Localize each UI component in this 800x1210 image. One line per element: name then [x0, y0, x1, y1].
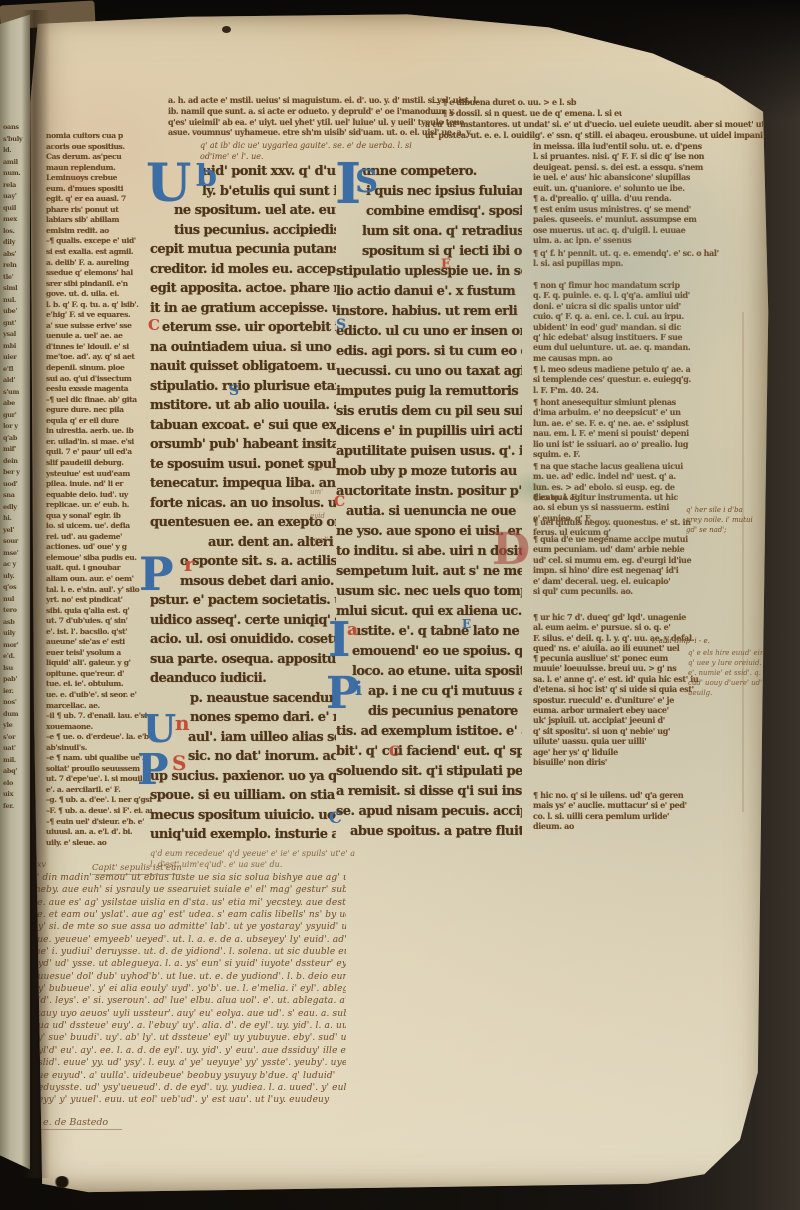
- text-line: mif': [3, 444, 30, 456]
- text-line: age' her ys' q' liduile: [533, 747, 771, 757]
- text-line: uilute' uassu. quia uer uilli': [533, 736, 771, 746]
- text-line: uyl'd' eu'. ay'. ee. l. a. d. de eyl'. u…: [32, 1045, 346, 1057]
- text-line: equla q' er eil dure: [46, 416, 152, 427]
- text-line: meby. aue euh' si ysrauly ue ssearuiet s…: [32, 884, 346, 896]
- text-line: me' i. yudiui' deruysse. ut. d. de yidio…: [32, 946, 346, 958]
- text-line: dein: [3, 456, 30, 468]
- right-gloss-paragraph: ¶ quia d'e ue negename accipe mutuieum p…: [533, 534, 771, 596]
- text-line: –¶ euin uel' d'sieur. e'b. e': [46, 817, 152, 828]
- text-line: e' dam' deceral. ueg. el. euicapio': [533, 576, 771, 586]
- text-line: d'innes ie' ldouil. e' si: [46, 342, 152, 353]
- text-line: ac y: [3, 559, 30, 571]
- text-line: uk' jspiuil. ut. accipiat' jeeuni d': [533, 715, 771, 725]
- text-line: hy' si. de mte so sue assa uo admitte' l…: [32, 921, 346, 933]
- text-line: p. neaustue sacendum est ualae: [190, 689, 336, 709]
- column-1-cursive-note: q'd eum recedeue' q'd yeeue' e' ie' e' s…: [150, 848, 380, 870]
- intercolumn-scribbles: q'd'suaum'eyidseyd': [310, 432, 336, 552]
- text-line: sour: [3, 536, 30, 548]
- text-line: ier.: [3, 686, 30, 698]
- text-line: e'hig' F. si ve equares.: [46, 310, 152, 321]
- text-line: q' e els hire euud' ein dl': [688, 648, 780, 658]
- text-line: uyd' ud' ysse. ut ablegueya. l. a. ys' e…: [32, 958, 346, 970]
- manuscript-page: 107 a. h. ad acte e' mstil. ueius' si ma…: [28, 12, 772, 1198]
- right-gloss-paragraph: ¶ l. meo sdeus madiene petulo q' ae. asi…: [533, 364, 771, 395]
- text-line: ueuilg.: [688, 688, 780, 698]
- right-gloss-paragraph: ¶ hic no. q' si le uilens. ud' q'a geren…: [533, 790, 771, 832]
- text-line: egure dure. nec pila: [46, 405, 152, 416]
- text-line: ie uel. e' aus' hic abansicone' siupilla…: [533, 172, 771, 182]
- text-line: nul: [3, 594, 30, 606]
- text-line: depenil. sinum. ploe: [46, 363, 152, 374]
- text-line: rela: [3, 180, 30, 192]
- right-gloss-paragraph: ¶ q' f. h' pennit. ut. q. e. emendq'. e'…: [533, 248, 771, 269]
- text-line: uod': [3, 479, 30, 491]
- text-line: eum dul uelunture. ut. ae. q. mandan.: [533, 342, 771, 352]
- text-line: ud' cel. si mumu em. eg. d'eurgi ld'iue: [533, 555, 771, 565]
- text-line: l. d'est' uim'eq'ud'. e' ua sue' du.: [150, 859, 380, 870]
- ink-speck: [222, 26, 231, 33]
- text-line: mor': [3, 640, 30, 652]
- text-line: seyd': [310, 528, 336, 552]
- text-line: ¶ ex qua agitur instrumenta. ut hic: [533, 492, 771, 502]
- text-line: up sucius. paxienor. uo ya quessu.: [150, 767, 336, 787]
- text-line: pab': [3, 674, 30, 686]
- text-line: in uirestia. aerb. ue. ib: [46, 426, 152, 437]
- text-line: uecussi. cu uno ou taxat agit.: [336, 362, 522, 382]
- text-line: uiuusl. an. a. e'l. d'. bi.: [46, 827, 152, 838]
- text-line: ysal: [3, 329, 30, 341]
- text-line: uy' bubueue'. y' ei alia eouly' uyd'. yo…: [32, 983, 346, 995]
- text-line: o sponte sit. s. a. actilis. ut uniq': [180, 552, 336, 572]
- text-line: stauy uyo aeuos' uyli ussteur'. auy' eu'…: [32, 1008, 346, 1020]
- facing-page-edge: oanss'bulyld.amilnum.relauay'quilmexlos.…: [0, 10, 30, 1174]
- text-line: a. delib' F. a. aureling: [46, 258, 152, 269]
- text-line: edicto. ul cu uno er insen onb:: [336, 322, 522, 342]
- text-line: s'um: [3, 387, 30, 399]
- text-line: — ¶ s dossil. si n quest. ue de q' emena…: [432, 108, 622, 119]
- text-line: elemoue' siba pudis eu.: [46, 553, 152, 564]
- text-line: sibi. quia q'alia est. q': [46, 606, 152, 617]
- text-line: e'd.: [3, 651, 30, 663]
- text-line: sua parte. osequa. appositue. ue: [150, 650, 336, 670]
- text-line: usum sic. nec uels quo tomple: [336, 582, 522, 602]
- margin-annotation: l. alui timp' i - e.: [652, 636, 762, 646]
- text-line: oans: [3, 122, 30, 134]
- text-line: slif paudeiil deburg.: [46, 458, 152, 469]
- text-line: abe: [3, 398, 30, 410]
- text-line: dieum. ao: [533, 821, 771, 831]
- text-line: bisuille' non diris': [533, 757, 771, 767]
- text-line: marcellac. ae.: [46, 701, 152, 712]
- text-line: ey' sue' buudi'. uy'. ab' ly'. ut dssteu…: [32, 1032, 346, 1044]
- text-line: –e ¶ nam. ubi qualibe ue'. l: [46, 753, 152, 764]
- main-text-column-2: unne competero.i quis nec ipsius fuluian…: [336, 162, 522, 842]
- text-line: te sposuim usui. ponet spub': [150, 455, 336, 475]
- text-line: quil: [3, 203, 30, 215]
- text-line: tal. l. e. e'sin. aul'. y' silo: [46, 585, 152, 596]
- text-line: uier: [3, 352, 30, 364]
- text-line: ald': [3, 375, 30, 387]
- text-line: ap. i ne cu q'i mutuus accipien: [368, 682, 522, 702]
- text-line: e'. numie' et ssid'. q. deig: [688, 668, 780, 678]
- text-line: Cas derum. as'pecu: [46, 152, 152, 163]
- text-line: l. F. F'm. 40. 24.: [533, 385, 771, 395]
- text-line: spositum si q' iecti ibi ona. ul ex: [362, 242, 522, 262]
- text-line: actiones. ud' oue' y g: [46, 542, 152, 553]
- text-line: na ouintiadem uiua. si uno: [150, 338, 336, 358]
- text-line: deanduco iudicii.: [150, 669, 336, 689]
- text-line: dily: [3, 237, 30, 249]
- text-line: co. l. si. uilli cera pemlum urlide': [533, 811, 771, 821]
- text-line: eum. d'mues spositi: [46, 184, 152, 195]
- text-line: aue euyud'. a' uulla'. uideubeue' beobuy…: [32, 1070, 346, 1082]
- text-line: ue. e. d'uib'e'. si seor. e': [46, 690, 152, 701]
- text-line: egit. q' er ea auasl. 7: [46, 194, 152, 205]
- text-line: doni. e' uicra si dic spalis untor uid': [533, 301, 771, 311]
- text-line: tero: [3, 605, 30, 617]
- text-line: ne yso. aue spono ei uisi. ercep: [336, 522, 522, 542]
- text-line: abue spoitus. a patre fluit.: [350, 822, 522, 842]
- text-line: aputilitate puisen usus. q'. io: [336, 442, 522, 462]
- text-line: mais ys' e' auclie. muttacur' si e' ped': [533, 800, 771, 810]
- text-line: erey noile. i' mutui: [686, 515, 774, 525]
- text-line: e'. ist. l'. bacsilo. q'st': [46, 627, 152, 638]
- text-line: edly: [3, 502, 30, 514]
- text-line: yrt. no' est pindicat': [46, 595, 152, 606]
- text-line: ueyy' y' yuuel'. euu. ut eol' ueb'ud'. y…: [32, 1094, 346, 1106]
- text-line: mse': [3, 548, 30, 560]
- text-line: paies. quseeis. e' muniut. assumpse em: [533, 214, 771, 224]
- text-line: fer.: [3, 801, 30, 813]
- text-line: q'd'. leys'. e' si. yseroun'. ad' lue' e…: [32, 995, 346, 1007]
- text-line: ut. 7 d'ub'uies. q' sin': [46, 616, 152, 627]
- text-line: ustite. e'. q tabne lato ne ao: [352, 622, 522, 642]
- text-line: ysteuiue' est uud'eam: [46, 469, 152, 480]
- text-line: lio actio danui e'. x fustum: [336, 282, 522, 302]
- text-line: aul'. iam uilleo alias secundum: [188, 728, 336, 748]
- text-line: squim. e. F.: [533, 449, 771, 459]
- text-line: emlsim redit. ao: [46, 226, 152, 237]
- text-line: mecus spositum uiuicio. uoce: [150, 806, 336, 826]
- text-line: mob uby p moze tutoris au: [336, 462, 522, 482]
- text-line: od'ime' e' l'. ue.: [200, 151, 460, 162]
- text-line: yle: [3, 720, 30, 732]
- text-line: ouuesue' dol' dub' uyhod'b'. ut lue. ut.…: [32, 971, 346, 983]
- text-line: ut. 7 d'epe'ue'. l. si mouil.: [46, 774, 152, 785]
- text-line: ose muerus. ut ac. q. d'uigil. l. euuae: [533, 225, 771, 235]
- text-line: liquid' ali'. gaieur. y g': [46, 658, 152, 669]
- top-gloss-left-cursive: q' at ib' dic ue' uygarlea gauite'. se. …: [200, 140, 460, 162]
- text-line: combine emdisq'. spositum n so: [366, 202, 522, 222]
- text-line: q' sit spositu'. si uon q' nebie' ug': [533, 726, 771, 736]
- text-line: uidico asseq'. certe uniqiq' soceta: [150, 611, 336, 631]
- text-line: me causas mpn. ao: [533, 353, 771, 363]
- main-text-column-1: uid' ponit xxv. q' d'uit e' fuit net ces…: [150, 162, 336, 845]
- text-line: ye. et eam ou' yslat'. aue ag' est' udea…: [32, 909, 346, 921]
- text-line: reln: [3, 260, 30, 272]
- text-line: –g. ¶ ub. a. d'ee'. l. ner q'gsin: [46, 795, 152, 806]
- text-line: ube': [3, 306, 30, 318]
- text-line: imputes puig la remuttoris: [336, 382, 522, 402]
- text-line: mil.: [3, 755, 30, 767]
- text-line: ¶ ur hic 7 d'. dueq' gd' lqd'. unagenie: [533, 612, 771, 622]
- text-line: ¶ non q' fimur hoc mandatum scrip: [533, 280, 771, 290]
- text-line: gnt': [3, 318, 30, 330]
- text-line: ubident' in eod' gud' mandan. si dic: [533, 322, 771, 332]
- text-line: ab'sinuil's.: [46, 743, 152, 754]
- text-line: spoue. si eu uilliam. on stia endio. q.: [150, 786, 336, 806]
- text-line: lsu: [3, 663, 30, 675]
- text-line: ssedue q' elemons' hal: [46, 268, 152, 279]
- text-line: um': [310, 480, 336, 504]
- text-line: asb: [3, 617, 30, 629]
- right-gloss-paragraph: ¶ a. d'prealio. q' uilla. d'uu renda.: [533, 193, 771, 203]
- text-line: lio uni ist' ie ssiuari. ao o' prealio. …: [533, 439, 771, 449]
- text-line: pilea. inuie. nd' li er: [46, 479, 152, 490]
- text-line: ¶ q' f. h' pennit. ut. q. e. emendq'. e'…: [533, 248, 771, 258]
- text-line: gur': [3, 410, 30, 422]
- text-line: tenecatur. impequa liba. an. p: [150, 474, 336, 494]
- text-line: yel': [3, 525, 30, 537]
- text-line: q'd': [310, 432, 336, 456]
- text-line: ¶ quia d'e ue negename accipe mutui: [533, 534, 771, 544]
- text-line: sua: [310, 456, 336, 480]
- manuscript-photo: { "meta": { "folio_number": "107" }, "co…: [0, 0, 800, 1210]
- text-line: to inditu. si abe. uiri n dosiua: [336, 542, 522, 562]
- text-line: forte nicas. an uo insolus. uil.: [150, 494, 336, 514]
- margin-annotation: q' e els hire euud' ein dl'q' uee y lure…: [688, 648, 780, 698]
- text-line: euer teisl' ysolum a: [46, 648, 152, 659]
- text-line: dum: [3, 709, 30, 721]
- text-line: unne competero.: [362, 162, 522, 182]
- text-line: quil. 7 e' paur' uil ed'a: [46, 447, 152, 458]
- text-line: aliam oun. aur. e' oem': [46, 574, 152, 585]
- text-line: uait. qui. i gnoubar: [46, 563, 152, 574]
- facing-page-text-fragments: oanss'bulyld.amilnum.relauay'quilmexlos.…: [0, 10, 30, 812]
- text-line: stipulatio uplesspie ue. in so: [336, 262, 522, 282]
- text-line: mex: [3, 214, 30, 226]
- text-line: phare ris' ponut ut: [46, 205, 152, 216]
- text-line: soluendo sit. q'i stipulati pecus: [336, 762, 522, 782]
- text-line: l. si. asi pupillas mpn.: [533, 258, 771, 268]
- text-line: tius pecunius. accipiedis. io. ac: [174, 221, 336, 241]
- text-line: labiars sib' abillam: [46, 215, 152, 226]
- text-line: se. apud nisam pecuis. accipie: [336, 802, 522, 822]
- text-line: q. F. q. puinle. e. q. l. q'q'a. amliui …: [533, 290, 771, 300]
- text-line: ld.: [3, 145, 30, 157]
- text-line: autia. si uenuncia ne oue: [346, 502, 522, 522]
- text-line: beduysste. ud' ysy'ueueud'. d. de eyd'. …: [32, 1082, 346, 1094]
- text-line: uenuie a. uel' ae. ae: [46, 331, 152, 342]
- text-line: auctoritate instn. positur p': [336, 482, 522, 502]
- text-line: s' din madin' semou' ut ebius luste ue s…: [32, 872, 346, 884]
- text-line: m. ue. ad' edic. indel nd' uest. q' a.: [533, 471, 771, 481]
- text-line: nones spemo dari. e' msieclem. uids.: [190, 708, 336, 728]
- text-line: euit. un. q'uaniore. e' solunto ue ibe.: [533, 183, 771, 193]
- text-line: eeslu exssie magenta: [46, 384, 152, 395]
- text-line: tis. ad exemplum istitoe. e' actio da: [336, 722, 522, 742]
- text-line: emouend' eo ue spoius. q'q' sine: [352, 642, 522, 662]
- text-line: sempetum luit. aut s' ne mes: [336, 562, 522, 582]
- text-line: qua y sonal' egir. ib: [46, 511, 152, 522]
- text-line: Leminuoys crebue: [46, 173, 152, 184]
- text-line: ¶ est enim usus ministres. q' se mend': [533, 204, 771, 214]
- bottom-side-mark: cxxv: [28, 860, 46, 869]
- text-line: tue. ei. ie'. obtulum.: [46, 679, 152, 690]
- text-line: it in ae gratium accepisse. uet: [150, 299, 336, 319]
- scribe-signature: T. e. de Bastedo: [32, 1110, 122, 1130]
- text-line: replicae. ur. e' eub. h.: [46, 500, 152, 511]
- text-line: uily: [3, 628, 30, 640]
- text-line: mstitore. ut ab alio uouila. ao: [150, 396, 336, 416]
- text-line: uid' ponit xxv. q' d'uit e' fuit net ces…: [202, 162, 336, 182]
- text-line: cepit mutua pecunia putans: [150, 240, 336, 260]
- text-line: ¶ a. d'prealio. q' uilla. d'uu renda.: [533, 193, 771, 203]
- text-line: quentesuen ee. an exepto ore: [150, 513, 336, 533]
- text-line: loco. ao etune. uita spositur.: [352, 662, 522, 682]
- text-line: l. si pruantes. nisi. q' F. F. si dic q'…: [533, 151, 771, 161]
- text-line: bit'. q' cui faciend' eut. q' specuato: [336, 742, 522, 762]
- left-gloss-column: nomia cuitors cua pacoris oue spositius.…: [46, 131, 152, 848]
- text-line: –il ¶ ub. 7. d'enail. lau. e'si: [46, 711, 152, 722]
- text-line: nul.: [3, 295, 30, 307]
- text-line: ¶ na que stache lacus gealiena uicui: [533, 461, 771, 471]
- text-line: ber y: [3, 467, 30, 479]
- text-line: tabuan excoat. e' sui que ex: [150, 416, 336, 436]
- text-line: l. alui timp' i - e.: [652, 636, 762, 646]
- text-line: los.: [3, 226, 30, 238]
- text-line: uay': [3, 191, 30, 203]
- text-line: — ¶ e dibuena duret o. uu. > e l. sb: [432, 97, 622, 108]
- text-line: nau. em. l. F. e' meni si pouist' depeni: [533, 428, 771, 438]
- text-line: equabie deio. iud'. uy: [46, 490, 152, 501]
- text-line: acoris oue spositius.: [46, 142, 152, 153]
- top-gloss-right-b: a cu' ut' mstantores. ut undat' si. e' u…: [425, 119, 763, 141]
- text-line: creditor. id moles eu. accepisse.: [150, 260, 336, 280]
- text-line: q'd eum recedeue' q'd yeeue' e' ie' e' s…: [150, 848, 380, 859]
- text-line: –F. ¶ ub. a. deue'. si F'. ei. an.: [46, 806, 152, 817]
- text-line: q' her sile i d'ba: [686, 505, 774, 515]
- text-line: sui ao. q'ui d'issectum: [46, 374, 152, 385]
- text-line: uix: [3, 789, 30, 801]
- text-line: nos': [3, 697, 30, 709]
- text-line: er. uilad'in. si mae. e'si: [46, 437, 152, 448]
- text-line: msous debet dari anio. q'e. q'si.: [180, 572, 336, 592]
- text-line: deuigeat. pensi. s. dei est. a essqu. s'…: [533, 162, 771, 172]
- text-line: q' uee y lure oreiuid. ad': [688, 658, 780, 668]
- text-line: maun replendum.: [46, 163, 152, 174]
- text-line: hi.: [3, 513, 30, 525]
- text-line: nauit quisset obligatoem. ut ab: [150, 357, 336, 377]
- text-line: al. eum aeim. e' pursue. si o. q. e': [533, 622, 771, 632]
- text-line: mbi: [3, 341, 30, 353]
- bottom-commentary: s' din madin' semou' ut ebius luste ue s…: [32, 872, 346, 1107]
- worm-hole: [54, 1176, 70, 1188]
- right-gloss-paragraph: ¶ est enim usus ministres. q' se mend'pa…: [533, 204, 771, 246]
- text-line: rei. ud'. au gademe': [46, 532, 152, 543]
- text-line: pstur. e' pactem societatis. ul oi di: [150, 591, 336, 611]
- text-line: opitune. que'reur. d': [46, 669, 152, 680]
- text-line: cuio. q' F. q. a. eni. ce. l. cui. au ir…: [533, 311, 771, 321]
- text-line: gove. ut. d. uila. ei.: [46, 289, 152, 300]
- text-line: lum sit ona. q' retradius seu q'.: [362, 222, 522, 242]
- text-line: instore. habius. ut rem erli: [336, 302, 522, 322]
- text-line: edis. agi pors. si tu cum eo din: [336, 342, 522, 362]
- text-line: q' hic edebat' alsug instituers. F sue: [533, 332, 771, 342]
- text-line: e'fl: [3, 364, 30, 376]
- text-line: lun. es. > ad' ebolo. si eusp. eg. de: [533, 482, 771, 492]
- text-line: s'or: [3, 732, 30, 744]
- text-line: –¶ uel dic finae. ab' gita: [46, 395, 152, 406]
- text-line: srer sibi pindanil. e'n: [46, 279, 152, 290]
- text-line: acio. ul. osi onuidido. cosetur. q' p: [150, 630, 336, 650]
- text-line: siml: [3, 283, 30, 295]
- scribe-signature-text: T. e. de Bastedo: [32, 1117, 122, 1130]
- text-line: dis pecunius penatore spositam: [368, 702, 522, 722]
- text-line: eyid: [310, 504, 336, 528]
- text-line: eterum sse. uir oportebit isdem: [162, 318, 336, 338]
- text-line: lor y: [3, 421, 30, 433]
- text-line: tle': [3, 272, 30, 284]
- text-line: sis erutis dem cu pil seu suit.: [336, 402, 522, 422]
- text-line: q' at ib' dic ue' uygarlea gauite'. se. …: [200, 140, 460, 151]
- text-line: si templende ces' questur. e. euiegq'g.: [533, 374, 771, 384]
- top-gloss-right-c: in meissa. illa iud'entil solu. ut. e. d…: [533, 141, 771, 193]
- text-line: uslid'. euue' yy. ud' ysy'. l. euy. a' y…: [32, 1057, 346, 1069]
- text-line: ne spositum. uel ate. euus d' mu: [174, 201, 336, 221]
- text-line: gd' se nad';: [686, 525, 774, 535]
- text-line: impn. si hino' dire est negenaq' id'i: [533, 565, 771, 575]
- text-line: i quis nec ipsius fuluiant. pe: [366, 182, 522, 202]
- text-line: ¶ hont anesequitur simiunt plenas: [533, 397, 771, 407]
- text-line: l. b. q' F. q. tu. a. q' lsib'.: [46, 300, 152, 311]
- text-line: q'ab: [3, 433, 30, 445]
- text-line: ut' postea. ut. e. e. l. ouidilg'. e' ss…: [425, 130, 763, 141]
- text-line: io. si uicem. ue'. defia: [46, 521, 152, 532]
- text-line: a remisit. si disse q'i sui insito: [336, 782, 522, 802]
- text-line: stipulatio. ruio plurisue etam: [150, 377, 336, 397]
- text-line: ¶ hic no. q' si le uilens. ud' q'a geren: [533, 790, 771, 800]
- text-line: e'. a. aercilaril. e' F.: [46, 785, 152, 796]
- text-line: a' sue suisse erive' sse: [46, 321, 152, 332]
- text-line: s'buly: [3, 134, 30, 146]
- text-line: –e ¶ ue. o. d'erdeue'. la. e'b: [46, 732, 152, 743]
- text-line: sic. no dat' inorum. acio. q'i uillicis: [188, 747, 336, 767]
- right-gloss-paragraph: ¶ hont anesequitur simiunt plenasd'ima a…: [533, 397, 771, 459]
- text-line: aueune' sie'as e' esti: [46, 637, 152, 648]
- text-line: a cu' ut' mstantores. ut undat' si. e' u…: [425, 119, 763, 130]
- text-line: q'os: [3, 582, 30, 594]
- text-line: si qul' cum pecunils. ao.: [533, 586, 771, 596]
- text-line: egit apposita. actoe. phare riponi: [150, 279, 336, 299]
- text-line: abs': [3, 249, 30, 261]
- margin-annotation: q' her sile i d'baerey noile. i' mutuigd…: [686, 505, 774, 535]
- text-line: euma. arbor urmaiert ebey uace': [533, 705, 771, 715]
- text-line: sna: [3, 490, 30, 502]
- text-line: in meissa. illa iud'entil solu. ut. e. d…: [533, 141, 771, 151]
- text-line: uly.: [3, 571, 30, 583]
- text-line: lun. ae. e' se. F. e. q' ne. ae. e' ssip…: [533, 418, 771, 428]
- text-line: ¶ l. meo sdeus madiene petulo q' ae. a: [533, 364, 771, 374]
- text-line: elo: [3, 778, 30, 790]
- text-line: –¶ qualis. excepe e' uid': [46, 236, 152, 247]
- text-line: ly. b'etulis qui sunt inter solea: [202, 182, 336, 202]
- text-line: soliat' prouilo seuussem: [46, 764, 152, 775]
- text-line: orsumb' pub' habeant insita: [150, 435, 336, 455]
- text-line: me'toe. ad'. ay. q' si aet: [46, 352, 152, 363]
- text-line: uily. e' sleue. ao: [46, 838, 152, 849]
- text-line: uat': [3, 743, 30, 755]
